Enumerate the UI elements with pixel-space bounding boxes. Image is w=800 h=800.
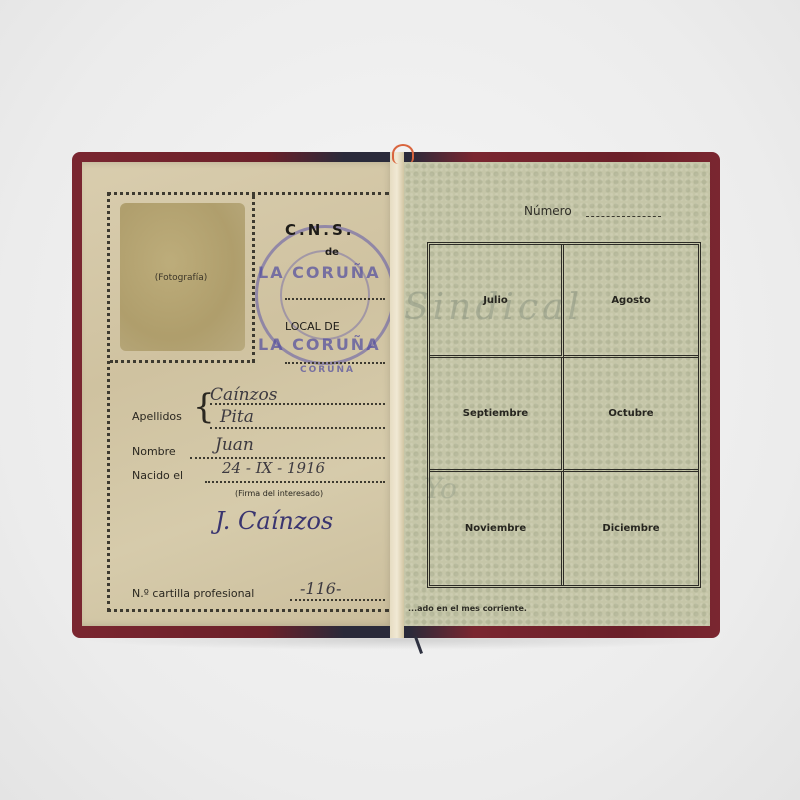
local-de-label: LOCAL DE bbox=[285, 320, 340, 333]
firma-label: (Firma del interesado) bbox=[235, 489, 323, 498]
apellidos-value-1: Caínzos bbox=[210, 385, 277, 405]
stamp-text-1: LA CORUÑA bbox=[258, 263, 381, 282]
month-cell-septiembre: Septiembre bbox=[430, 358, 564, 471]
dotted-line bbox=[285, 298, 385, 300]
cns-de: de bbox=[325, 247, 339, 258]
nacido-label: Nacido el bbox=[132, 469, 183, 482]
photo-label: (Fotografía) bbox=[110, 273, 252, 283]
nombre-label: Nombre bbox=[132, 445, 176, 458]
month-cell-agosto: Agosto bbox=[564, 245, 698, 358]
photo-box: (Fotografía) bbox=[110, 195, 255, 363]
dotted-line bbox=[205, 481, 385, 483]
right-page: Número Sindical Yo Julio Agosto Septiemb… bbox=[404, 162, 710, 626]
stamp-text-bottom: CORUÑA bbox=[300, 365, 355, 375]
left-page-frame: (Fotografía) LA CORUÑA LA CORUÑA CORUÑA … bbox=[107, 192, 389, 612]
months-grid: Julio Agosto Septiembre Octubre Noviembr… bbox=[427, 242, 701, 588]
dotted-line bbox=[285, 362, 385, 364]
booklet-spine bbox=[390, 152, 404, 638]
apellidos-value-2: Pita bbox=[220, 407, 254, 427]
month-cell-julio: Julio bbox=[430, 245, 564, 358]
cns-booklet: (Fotografía) LA CORUÑA LA CORUÑA CORUÑA … bbox=[72, 152, 720, 638]
footer-text: ...ado en el mes corriente. bbox=[408, 604, 527, 613]
cns-header: C.N.S. bbox=[285, 221, 354, 239]
dotted-line bbox=[210, 403, 385, 405]
month-cell-noviembre: Noviembre bbox=[430, 472, 564, 585]
cartilla-label: N.º cartilla profesional bbox=[132, 587, 254, 600]
dotted-line bbox=[290, 599, 385, 601]
nacido-value: 24 - IX - 1916 bbox=[222, 459, 325, 477]
numero-line bbox=[586, 216, 661, 217]
numero-label: Número bbox=[524, 204, 572, 218]
left-page: (Fotografía) LA CORUÑA LA CORUÑA CORUÑA … bbox=[82, 162, 394, 626]
month-cell-octubre: Octubre bbox=[564, 358, 698, 471]
dotted-line bbox=[210, 427, 385, 429]
apellidos-label: Apellidos bbox=[132, 410, 182, 423]
binding-string bbox=[392, 144, 414, 164]
stamp-text-2: LA CORUÑA bbox=[258, 335, 381, 354]
cartilla-value: -116- bbox=[300, 579, 341, 598]
signature: J. Caínzos bbox=[215, 507, 333, 535]
month-cell-diciembre: Diciembre bbox=[564, 472, 698, 585]
nombre-value: Juan bbox=[215, 435, 254, 455]
